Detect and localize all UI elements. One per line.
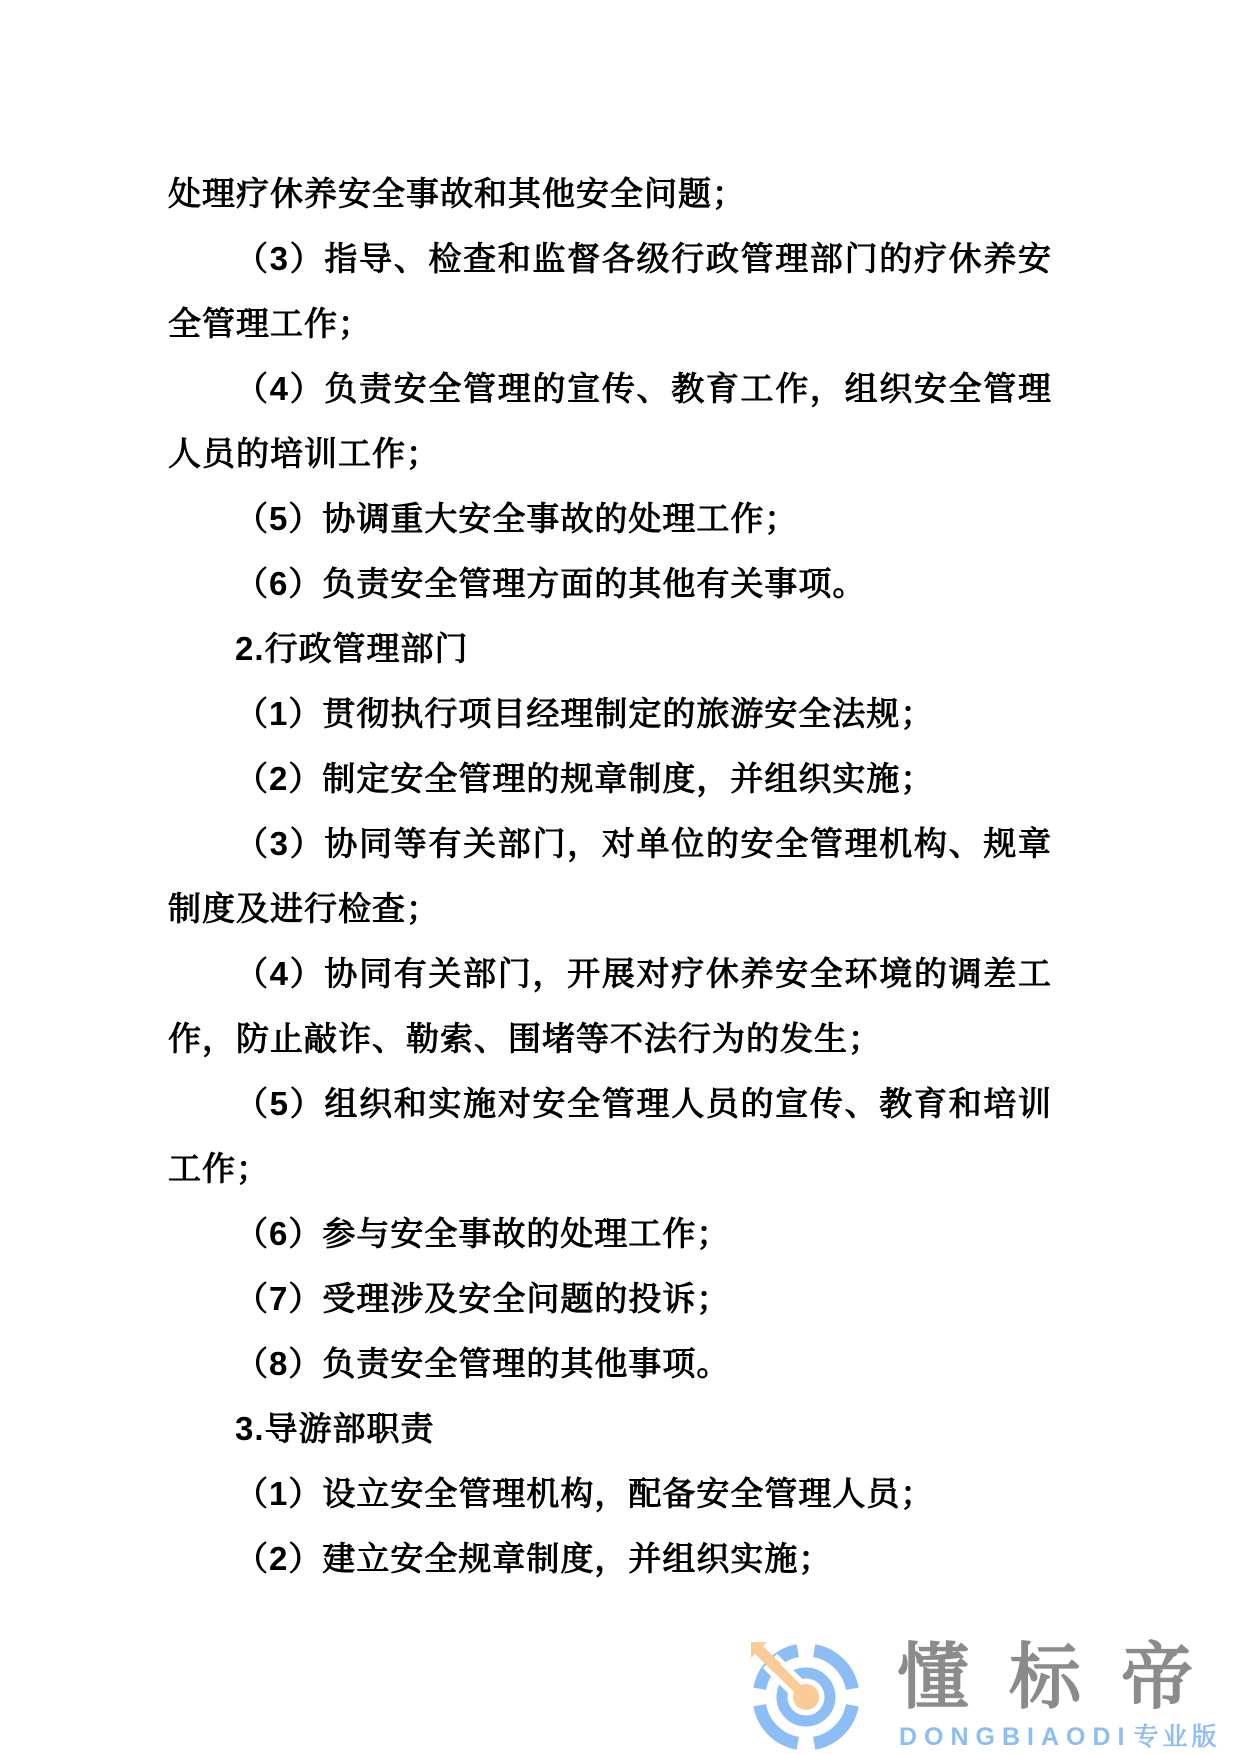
text-line: （8）负责安全管理的其他事项。 bbox=[168, 1331, 1052, 1396]
text-line: （2）建立安全规章制度，并组织实施； bbox=[168, 1526, 1052, 1591]
text-line: 处理疗休养安全事故和其他安全问题； bbox=[168, 161, 1052, 226]
watermark-brand-text: 懂标帝 bbox=[897, 1633, 1233, 1723]
document-page: 处理疗休养安全事故和其他安全问题；（3）指导、检查和监督各级行政管理部门的疗休养… bbox=[0, 0, 1241, 1754]
text-line: （3）协同等有关部门，对单位的安全管理机构、规章 bbox=[168, 811, 1052, 876]
text-line: 制度及进行检查； bbox=[168, 876, 1052, 941]
target-dart-icon bbox=[750, 1641, 862, 1753]
text-line: （7）受理涉及安全问题的投诉； bbox=[168, 1266, 1052, 1331]
text-line: （3）指导、检查和监督各级行政管理部门的疗休养安 bbox=[168, 226, 1052, 291]
text-line: 工作； bbox=[168, 1136, 1052, 1201]
text-line: （1）设立安全管理机构，配备安全管理人员； bbox=[168, 1461, 1052, 1526]
text-line: 3.导游部职责 bbox=[168, 1396, 1052, 1461]
text-line: （4）协同有关部门，开展对疗休养安全环境的调差工 bbox=[168, 941, 1052, 1006]
watermark-text: 懂标帝 DONGBIAODI专业版 bbox=[897, 1633, 1233, 1723]
text-line: 人员的培训工作； bbox=[168, 421, 1052, 486]
text-line: 作，防止敲诈、勒索、围堵等不法行为的发生； bbox=[168, 1006, 1052, 1071]
watermark-caption: DONGBIAODI专业版 bbox=[899, 1725, 1221, 1750]
watermark-caption-edition: 专业版 bbox=[1134, 1723, 1221, 1751]
text-line: （5）协调重大安全事故的处理工作； bbox=[168, 486, 1052, 551]
text-line: （6）负责安全管理方面的其他有关事项。 bbox=[168, 551, 1052, 616]
text-line: 2.行政管理部门 bbox=[168, 616, 1052, 681]
text-line: （5）组织和实施对安全管理人员的宣传、教育和培训 bbox=[168, 1071, 1052, 1136]
text-line: 全管理工作； bbox=[168, 291, 1052, 356]
watermark: 懂标帝 DONGBIAODI专业版 bbox=[748, 1633, 1228, 1754]
text-line: （6）参与安全事故的处理工作； bbox=[168, 1201, 1052, 1266]
text-line: （1）贯彻执行项目经理制定的旅游安全法规； bbox=[168, 681, 1052, 746]
text-line: （2）制定安全管理的规章制度，并组织实施； bbox=[168, 746, 1052, 811]
document-body: 处理疗休养安全事故和其他安全问题；（3）指导、检查和监督各级行政管理部门的疗休养… bbox=[168, 161, 1052, 1591]
watermark-caption-latin: DONGBIAODI bbox=[899, 1723, 1132, 1751]
text-line: （4）负责安全管理的宣传、教育工作，组织安全管理 bbox=[168, 356, 1052, 421]
